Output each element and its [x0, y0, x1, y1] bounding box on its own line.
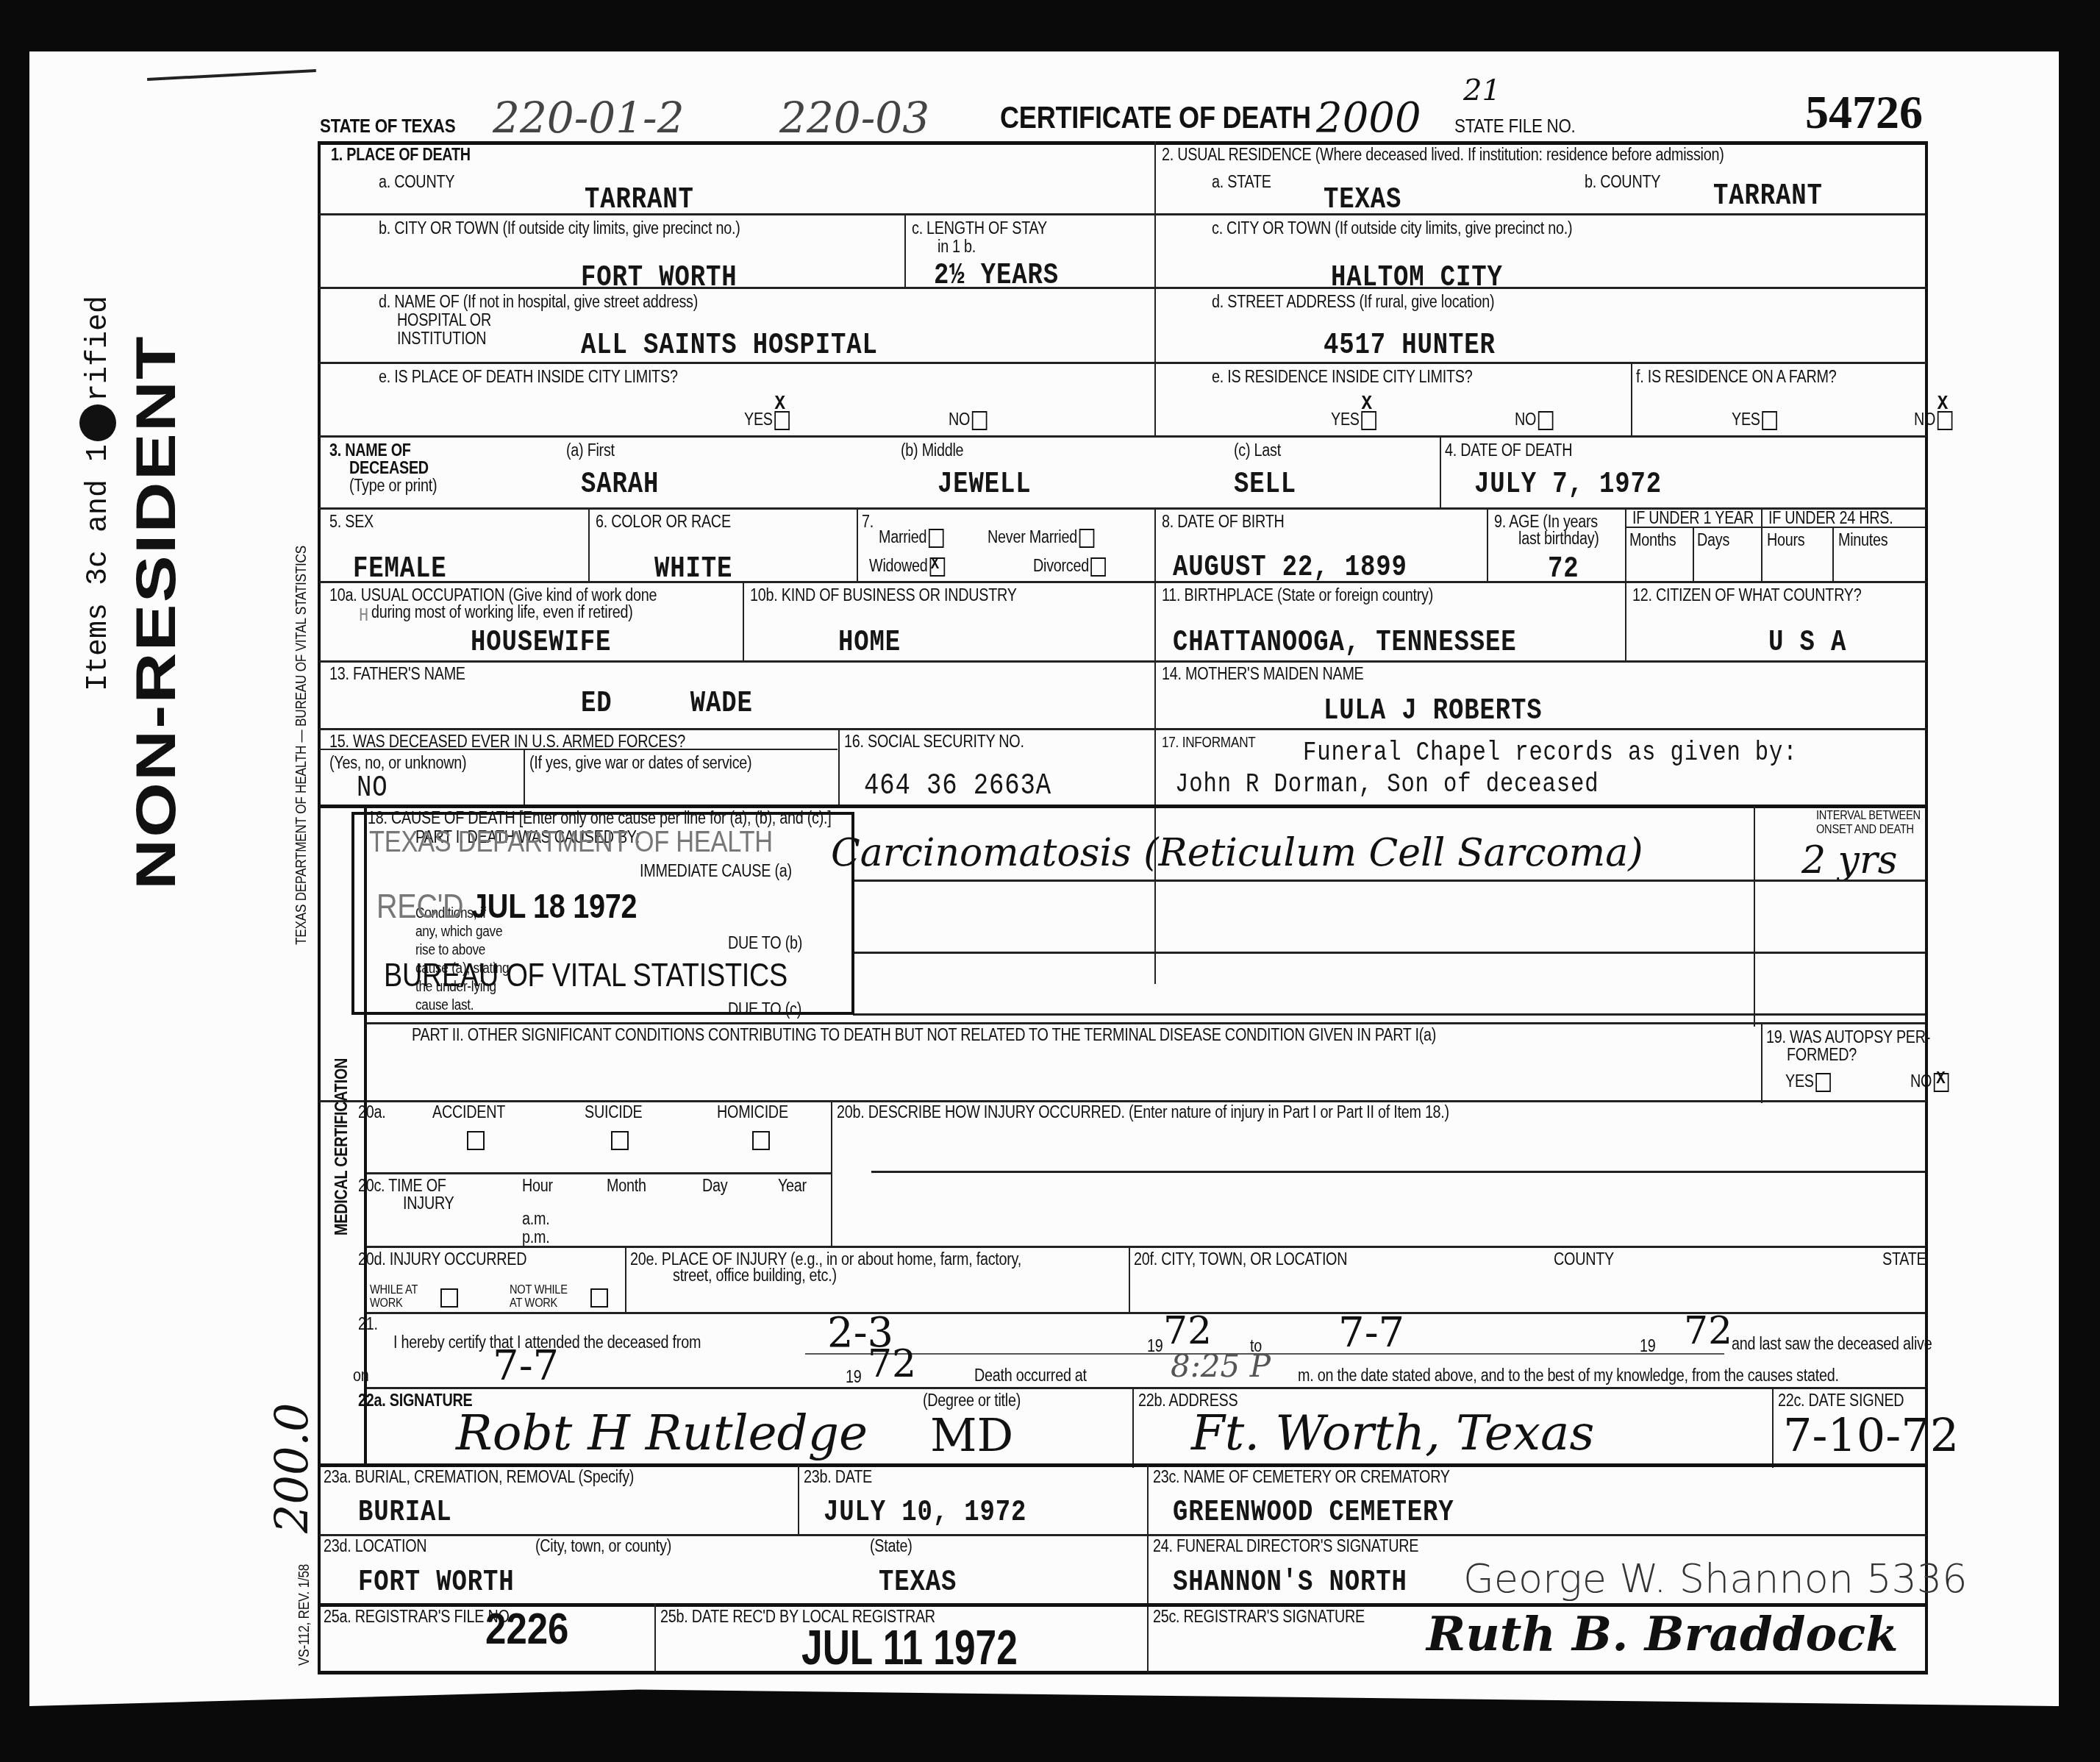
degree-value: MD: [930, 1408, 1013, 1462]
informant-line-1: Funeral Chapel records as given by:: [1303, 738, 1797, 768]
not-while-at-work-label: NOT WHILE AT WORK: [510, 1283, 573, 1310]
informant-line-2: John R Dorman, Son of deceased: [1175, 769, 1599, 799]
place-of-injury-label-2: street, office building, etc.): [673, 1266, 837, 1284]
rule: [319, 660, 1926, 663]
rule: [1631, 362, 1632, 435]
under-year-label: IF UNDER 1 YEAR: [1632, 509, 1754, 527]
name-label-2: DECEASED: [349, 459, 429, 477]
death-time-value: 8:25 P: [1171, 1348, 1271, 1384]
stamp-line-1: TEXAS DEPARTMENT OF HEALTH: [369, 827, 773, 857]
res-street-label: d. STREET ADDRESS (If rural, give locati…: [1212, 293, 1494, 310]
interval-value: 2 yrs: [1801, 838, 1898, 882]
location-state-label: (State): [870, 1537, 913, 1555]
cemetery-label: 23c. NAME OF CEMETERY OR CREMATORY: [1153, 1468, 1450, 1485]
month-label: Month: [607, 1177, 646, 1194]
date-of-death-value: JULY 7, 1972: [1474, 468, 1662, 502]
rule: [871, 1171, 1925, 1173]
disposition-label: 23a. BURIAL, CREMATION, REMOVAL (Specify…: [324, 1468, 634, 1485]
business-value: HOME: [838, 627, 901, 660]
marital-divorced[interactable]: Divorced: [1033, 557, 1106, 577]
injury-county-label: COUNTY: [1554, 1250, 1614, 1268]
registrar-signature-label: 25c. REGISTRAR'S SIGNATURE: [1153, 1608, 1365, 1625]
degree-label: (Degree or title): [923, 1391, 1021, 1409]
pod-inside-limits-label: e. IS PLACE OF DEATH INSIDE CITY LIMITS?: [379, 368, 678, 385]
res-city-value: HALTOM CITY: [1331, 262, 1503, 295]
armed-sub-label-2: (If yes, give war or dates of service): [529, 754, 751, 771]
margin-handwritten-number: 200.0: [265, 1403, 318, 1534]
checkbox-farm-no[interactable]: X: [1938, 411, 1953, 430]
res-farm-yes[interactable]: YES: [1732, 410, 1777, 430]
rule: [853, 880, 1925, 882]
pod-hospital-label: d. NAME OF (If not in hospital, give str…: [379, 293, 698, 310]
rule: [319, 435, 1926, 438]
res-farm-label: f. IS RESIDENCE ON A FARM?: [1636, 368, 1836, 385]
checkbox-married[interactable]: [929, 529, 944, 548]
rule: [853, 952, 1925, 954]
first-name-label: (a) First: [566, 441, 615, 459]
checkbox-pod-no[interactable]: [972, 411, 988, 430]
birthplace-value: CHATTANOOGA, TENNESSEE: [1173, 627, 1517, 660]
stamp-line-2: REC'D JUL 18 1972: [376, 888, 637, 924]
hole-punch-icon: [79, 404, 116, 441]
rule: [1487, 507, 1488, 581]
age-label-2: last birthday): [1518, 529, 1599, 547]
dob-label: 8. DATE OF BIRTH: [1162, 513, 1285, 530]
pm-label: p.m.: [522, 1228, 549, 1246]
rule: [319, 728, 1926, 730]
am-label: a.m.: [522, 1210, 549, 1227]
father-label: 13. FATHER'S NAME: [329, 665, 465, 682]
rule: [904, 213, 906, 287]
rule: [798, 1465, 799, 1535]
checkbox-not-while-at-work[interactable]: [588, 1288, 608, 1308]
res-street-value: 4517 HUNTER: [1324, 329, 1496, 363]
ssn-label: 16. SOCIAL SECURITY NO.: [844, 732, 1024, 750]
rule: [319, 213, 1154, 215]
rule: [1761, 1022, 1763, 1103]
marital-never-married[interactable]: Never Married: [988, 528, 1094, 548]
medical-certification-label: MEDICAL CERTIFICATION: [332, 1058, 350, 1235]
rule: [524, 749, 525, 806]
last-name-value: SELL: [1234, 468, 1296, 502]
registrar-signature: Ruth B. Braddock: [1426, 1607, 1899, 1662]
armed-forces-label: 15. WAS DECEASED EVER IN U.S. ARMED FORC…: [329, 732, 685, 750]
injury-state-label: STATE: [1882, 1250, 1926, 1268]
checkbox-pod-yes[interactable]: X: [774, 411, 790, 430]
burial-date-value: JULY 10, 1972: [824, 1497, 1026, 1530]
marital-married[interactable]: Married: [879, 528, 943, 548]
pod-hospital-label-3: INSTITUTION: [397, 329, 486, 347]
marital-widowed[interactable]: WidowedX: [869, 557, 945, 577]
items-verified-note: Items 3c and 1rified: [79, 296, 116, 691]
rule: [588, 507, 590, 581]
rule: [364, 1172, 831, 1174]
res-inside-no[interactable]: NO: [1515, 410, 1553, 430]
location-city-label: (City, town, or county): [535, 1537, 671, 1555]
cert-last-seen-date: 7-7: [493, 1342, 559, 1390]
checkbox-res-yes[interactable]: X: [1361, 411, 1376, 430]
location-city-value: FORT WORTH: [358, 1566, 515, 1599]
res-farm-no[interactable]: NOX: [1914, 410, 1952, 430]
state-label: STATE OF TEXAS: [320, 116, 455, 136]
rule: [1832, 527, 1834, 581]
last-name-label: (c) Last: [1234, 441, 1281, 459]
occupation-value: HOUSEWIFE: [471, 627, 611, 660]
injury-city-label: 20f. CITY, TOWN, OR LOCATION: [1134, 1250, 1347, 1268]
under-24-label: IF UNDER 24 HRS.: [1768, 509, 1893, 527]
rule: [1147, 1465, 1149, 1672]
rule: [1625, 527, 1925, 528]
suicide-label: SUICIDE: [585, 1103, 642, 1121]
rule: [1132, 1387, 1134, 1468]
pod-stay-sublabel: in 1 b.: [938, 238, 976, 255]
burial-date-label: 23b. DATE: [804, 1468, 872, 1485]
rule: [1154, 507, 1156, 662]
rule: [364, 1022, 1925, 1024]
hours-label: Hours: [1767, 531, 1804, 549]
stamp-line-3: BUREAU OF VITAL STATISTICS: [384, 959, 787, 993]
rule: [838, 728, 840, 806]
pod-stay-label: c. LENGTH OF STAY: [912, 219, 1047, 237]
state-file-number: 54726: [1805, 85, 1923, 140]
occupation-label: 10a. USUAL OCCUPATION (Give kind of work…: [329, 586, 657, 604]
registrar-date-value: JUL 11 1972: [801, 1619, 1018, 1675]
rule: [1129, 1246, 1130, 1313]
cert-to-date: 7-7: [1338, 1309, 1404, 1357]
checkbox-never-married[interactable]: [1079, 529, 1095, 548]
address-value: Ft. Worth, Texas: [1191, 1405, 1594, 1461]
cert-to-year-prefix: 19: [1640, 1337, 1655, 1355]
armed-forces-value: NO: [357, 772, 388, 805]
certificate-title: CERTIFICATE OF DEATH: [1000, 101, 1311, 134]
location-state-value: TEXAS: [879, 1566, 957, 1599]
rule: [654, 1603, 656, 1672]
checkbox-autopsy-yes[interactable]: [1815, 1073, 1831, 1092]
informant-label: 17. INFORMANT: [1162, 735, 1256, 751]
checkbox-while-at-work[interactable]: [438, 1288, 458, 1308]
rule: [625, 1246, 626, 1313]
days-label: Days: [1697, 531, 1729, 549]
location-label: 23d. LOCATION: [324, 1537, 426, 1555]
cert-text-3: m. on the date stated above, and to the …: [1298, 1366, 1839, 1384]
cert-last-seen-year-prefix: 19: [846, 1368, 861, 1385]
res-inside-yes[interactable]: YESX: [1331, 410, 1376, 430]
citizen-value: U S A: [1768, 627, 1846, 660]
injury-occurred-label: 20d. INJURY OCCURRED: [358, 1250, 526, 1268]
ssn-value: 464 36 2663A: [864, 770, 1051, 803]
res-county-value: TARRANT: [1713, 180, 1823, 213]
title-handwritten-superscript: 21: [1463, 74, 1501, 107]
cemetery-value: GREENWOOD CEMETERY: [1173, 1497, 1454, 1530]
rule: [364, 1387, 1925, 1389]
citizen-label: 12. CITIZEN OF WHAT COUNTRY?: [1632, 586, 1861, 604]
res-inside-limits-label: e. IS RESIDENCE INSIDE CITY LIMITS?: [1212, 368, 1472, 385]
checkbox-divorced[interactable]: [1091, 557, 1107, 577]
non-resident-stamp: NON-RESIDENT: [124, 335, 188, 890]
received-stamp: TEXAS DEPARTMENT OF HEALTH REC'D JUL 18 …: [351, 812, 854, 1015]
name-label: 3. NAME OF: [329, 441, 411, 459]
homicide-label: HOMICIDE: [717, 1103, 788, 1121]
rule: [831, 1100, 832, 1247]
checkbox-homicide[interactable]: [750, 1131, 770, 1150]
pod-inside-yes[interactable]: YESX: [744, 410, 790, 430]
item-21-label: 21.: [358, 1315, 378, 1333]
hour-label: Hour: [522, 1177, 553, 1194]
checkbox-widowed[interactable]: X: [929, 557, 945, 577]
rule: [743, 581, 744, 662]
marital-label: 7.: [862, 513, 874, 530]
rule: [1440, 435, 1441, 509]
rule: [1625, 581, 1626, 662]
autopsy-label-2: FORMED?: [1787, 1046, 1857, 1063]
rule: [1154, 660, 1156, 984]
date-signed-value: 7-10-72: [1783, 1408, 1959, 1462]
cert-from-year: 72: [1163, 1309, 1212, 1353]
checkbox-res-no[interactable]: [1538, 411, 1554, 430]
father-value: ED WADE: [581, 688, 753, 721]
occupation-note: H: [359, 604, 369, 627]
accident-label: ACCIDENT: [432, 1103, 505, 1121]
funeral-home-value: SHANNON'S NORTH: [1173, 1566, 1407, 1599]
immediate-cause-value: Carcinomatosis (Reticulum Cell Sarcoma): [831, 831, 1643, 875]
minutes-label: Minutes: [1838, 531, 1888, 549]
age-label: 9. AGE (In years: [1494, 513, 1598, 530]
rule: [1156, 213, 1925, 215]
pod-city-value: FORT WORTH: [581, 262, 737, 295]
cert-to-year: 72: [1684, 1309, 1732, 1353]
funeral-director-label: 24. FUNERAL DIRECTOR'S SIGNATURE: [1153, 1537, 1418, 1555]
pod-county-label: a. COUNTY: [379, 173, 454, 190]
date-of-death-label: 4. DATE OF DEATH: [1445, 441, 1572, 459]
pod-inside-no[interactable]: NO: [949, 410, 987, 430]
rule: [1772, 1387, 1774, 1468]
rule: [319, 581, 1926, 583]
frame-bottom: [318, 1671, 1928, 1674]
interval-label-1: INTERVAL BETWEEN: [1816, 809, 1921, 822]
rule: [319, 362, 1926, 364]
time-of-injury-label: 20c. TIME OF: [358, 1177, 446, 1194]
autopsy-no[interactable]: NOX: [1910, 1072, 1949, 1092]
day-label: Day: [702, 1177, 727, 1194]
interval-label-2: ONSET AND DEATH: [1816, 823, 1914, 836]
time-of-injury-label-2: INJURY: [403, 1194, 454, 1212]
pod-county-value: TARRANT: [585, 184, 694, 217]
place-of-death-label: 1. PLACE OF DEATH: [331, 146, 471, 163]
department-vertical-label: TEXAS DEPARTMENT OF HEALTH — BUREAU OF V…: [294, 546, 310, 945]
handwritten-code-1: 220-01-2: [493, 93, 685, 143]
pod-hospital-label-2: HOSPITAL OR: [397, 311, 491, 329]
frame-left: [318, 141, 321, 1672]
medical-cert-divider: [364, 805, 367, 1466]
disposition-value: BURIAL: [358, 1497, 452, 1530]
cert-from-year-prefix: 19: [1147, 1337, 1162, 1355]
rule: [364, 1246, 1925, 1248]
pod-hospital-value: ALL SAINTS HOSPITAL: [581, 329, 878, 363]
checkbox-farm-yes[interactable]: [1762, 411, 1777, 430]
sex-label: 5. SEX: [329, 513, 374, 530]
cert-last-seen-year: 72: [868, 1342, 916, 1386]
physician-signature: Robt H Rutledge: [456, 1405, 868, 1461]
mother-label: 14. MOTHER'S MAIDEN NAME: [1162, 665, 1364, 682]
handwritten-code-2: 220-03: [779, 93, 929, 143]
autopsy-label: 19. WAS AUTOPSY PER-: [1766, 1028, 1930, 1046]
rule: [319, 749, 838, 750]
checkbox-accident[interactable]: [465, 1131, 485, 1150]
death-occurred-label: Death occurred at: [974, 1366, 1087, 1384]
form-number: VS-112, REV. 1/58: [297, 1564, 312, 1666]
birthplace-label: 11. BIRTHPLACE (State or foreign country…: [1162, 586, 1433, 604]
middle-name-value: JEWELL: [938, 468, 1032, 502]
race-label: 6. COLOR OR RACE: [596, 513, 731, 530]
res-county-label: b. COUNTY: [1585, 173, 1660, 190]
while-at-work-label: WHILE AT WORK: [370, 1283, 426, 1310]
date-signed-label: 22c. DATE SIGNED: [1778, 1391, 1904, 1409]
res-state-label: a. STATE: [1212, 173, 1271, 190]
armed-sub-label-1: (Yes, no, or unknown): [329, 754, 466, 771]
res-city-label: c. CITY OR TOWN (If outside city limits,…: [1212, 219, 1572, 237]
checkbox-autopsy-no[interactable]: X: [1934, 1073, 1949, 1092]
checkbox-suicide[interactable]: [609, 1131, 629, 1150]
state-file-label: STATE FILE NO.: [1454, 116, 1576, 136]
autopsy-yes[interactable]: YES: [1785, 1072, 1831, 1092]
rule: [853, 1013, 1925, 1016]
occupation-label-2: during most of working life, even if ret…: [371, 603, 633, 621]
registrar-file-value: 2226: [485, 1603, 568, 1654]
rule: [319, 287, 1926, 289]
business-label: 10b. KIND OF BUSINESS OR INDUSTRY: [750, 586, 1017, 604]
middle-name-label: (b) Middle: [901, 441, 963, 459]
name-label-3: (Type or print): [349, 477, 437, 494]
first-name-value: SARAH: [581, 468, 659, 502]
rule: [1625, 507, 1626, 581]
funeral-director-signature: George W. Shannon 5336: [1463, 1555, 1968, 1602]
rule: [857, 507, 858, 581]
residence-label: 2. USUAL RESIDENCE (Where deceased lived…: [1162, 146, 1724, 163]
months-label: Months: [1629, 531, 1676, 549]
title-handwritten-note: 2000: [1316, 94, 1421, 142]
cert-text-2: and last saw the deceased alive: [1732, 1335, 1932, 1352]
rule: [1761, 507, 1763, 581]
rule: [1754, 806, 1755, 1027]
item-20a-label: 20a.: [358, 1103, 385, 1121]
mother-value: LULA J ROBERTS: [1324, 695, 1543, 728]
describe-injury-label: 20b. DESCRIBE HOW INJURY OCCURRED. (Ente…: [837, 1103, 1449, 1121]
pod-city-label: b. CITY OR TOWN (If outside city limits,…: [379, 219, 740, 237]
year-label: Year: [778, 1177, 807, 1194]
dob-value: AUGUST 22, 1899: [1173, 552, 1407, 585]
res-state-value: TEXAS: [1324, 184, 1401, 217]
part2-label: PART II. OTHER SIGNIFICANT CONDITIONS CO…: [412, 1026, 1436, 1044]
rule: [1693, 527, 1694, 581]
